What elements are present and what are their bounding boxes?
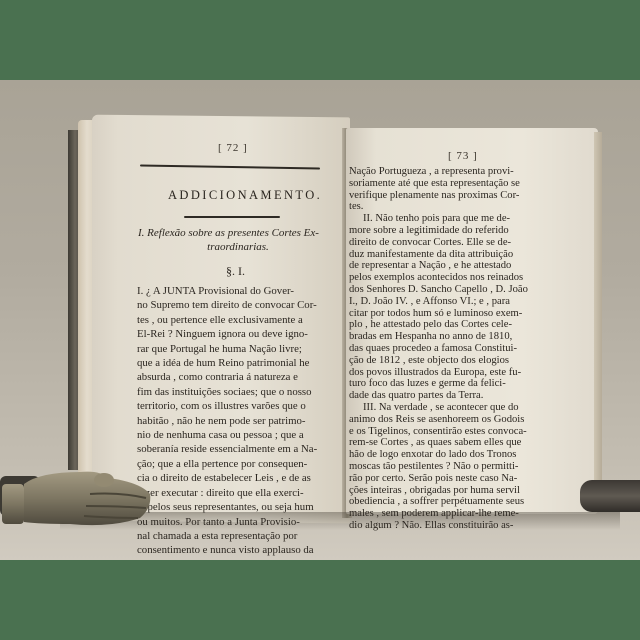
left-page-body: I. ¿ A JUNTA Provisional do Gover- no Su… (137, 284, 337, 558)
body-line: direito de convocar Cortes. Elle se de- (349, 237, 589, 249)
body-line: El-Rei ? Ninguem ignora ou deve igno- (137, 327, 337, 341)
body-line: pelos exemplos acontecidos nos reinados (349, 272, 589, 284)
body-line: das quaes procedeo a famosa Constitui- (349, 343, 589, 355)
body-line: nal chamada a esta representação por (137, 529, 337, 543)
right-page-edges (594, 132, 602, 512)
body-line: tes. (349, 201, 589, 213)
body-line: obediencia , a soffrer perpétuamente seu… (349, 496, 589, 508)
body-line: que a idéa de hum Reino patrimonial he (137, 356, 337, 370)
body-line: ção de 1812 , este objecto dos elogios (349, 355, 589, 367)
body-line: citar por todos hum só e luminoso exem- (349, 308, 589, 320)
body-line: territorio, com os illustres varões que … (137, 399, 337, 413)
body-line: ou muitos. Por tanto a Junta Provisio- (137, 515, 337, 529)
body-line: ção; que a ella pertence por consequen- (137, 457, 337, 471)
section-subheading: I. Reflexão sobre as presentes Cortes Ex… (138, 226, 338, 254)
section-mark: §. I. (226, 264, 245, 279)
body-line: Nação Portugueza , a representa provi- (349, 166, 589, 178)
body-line: absurda , como contraria á natureza e (137, 370, 337, 384)
body-line: moscas tão pestilentes ? Não o permitti- (349, 461, 589, 473)
body-line: rão por certo. Serão pois neste caso Na- (349, 473, 589, 485)
body-line: no Supremo tem direito de convocar Cor- (137, 298, 337, 312)
body-line: de representar a Nação , e he attestado (349, 260, 589, 272)
body-line: more sobre a legitimidade do referido (349, 225, 589, 237)
body-line: animo dos Reis se asenhoreem os Godois (349, 414, 589, 426)
body-line: II. Não tenho pois para que me de- (349, 213, 589, 225)
top-border-band (0, 0, 640, 80)
body-line: III. Na verdade , se acontecer que do (349, 402, 589, 414)
body-line: plo , he attestado pelo das Cortes cele- (349, 319, 589, 331)
body-line: soriamente até que esta representação se (349, 178, 589, 190)
page-number-right: [ 73 ] (448, 150, 478, 162)
body-line: fim das instituições sociaes; que o noss… (137, 385, 337, 399)
body-line: rar que Portugal he huma Nação livre; (137, 342, 337, 356)
body-line: consentimento e nunca visto applauso da (137, 543, 337, 557)
brass-hand-weight-icon (0, 464, 155, 534)
body-line: cia o direito de estabelecer Leis , e de… (137, 471, 337, 485)
body-line: duz manifestamente da dita attribuição (349, 249, 589, 261)
right-page-body: Nação Portugueza , a representa provi- s… (349, 166, 589, 532)
body-line: nio de nenhuma casa ou pessoa ; que a (137, 428, 337, 442)
body-line: habitão , não he nem pode ser patrimo- (137, 414, 337, 428)
page-number-left: [ 72 ] (218, 142, 248, 154)
book-photo: [ 72 ] ADDICIONAMENTO. I. Reflexão sobre… (0, 80, 640, 560)
body-line: dos povos illustrados da Europa, este fu… (349, 367, 589, 379)
body-line: males , sem poderem applicar-lhe reme- (349, 508, 589, 520)
heading-underline (184, 216, 280, 218)
bottom-border-band (0, 560, 640, 640)
body-line: dos Senhores D. Sancho Capello , D. João (349, 284, 589, 296)
body-line: dade das quatro partes da Terra. (349, 390, 589, 402)
body-line: fazer executar : direito que ella exerci… (137, 486, 337, 500)
body-line: e os Tigelinos, consentirão estes convoc… (349, 426, 589, 438)
body-line: turo foco das luzes e germe da felici- (349, 378, 589, 390)
body-line: I. ¿ A JUNTA Provisional do Gover- (137, 284, 337, 298)
body-line: tes , ou pertence elle exclusivamente a (137, 313, 337, 327)
body-line: rem-se Cortes , as quaes sabem elles que (349, 437, 589, 449)
body-line: verifique plenamente nas proximas Cor- (349, 190, 589, 202)
metal-book-clip (580, 480, 640, 512)
body-line: ta pelos seus representantes, ou seja hu… (137, 500, 337, 514)
body-line: soberanía reside essencialmente em a Na- (137, 442, 337, 456)
body-line: ções inteiras , obrigadas por huma servi… (349, 485, 589, 497)
body-line: hão de logo enxotar do lado dos Tronos (349, 449, 589, 461)
body-line: dio algum ? Não. Ellas constituirão as- (349, 520, 589, 532)
chapter-heading: ADDICIONAMENTO. (168, 188, 322, 203)
body-line: bradas em Hespanha no anno de 1810, (349, 331, 589, 343)
body-line: I., D. João IV. , e Affonso VI.; e , par… (349, 296, 589, 308)
